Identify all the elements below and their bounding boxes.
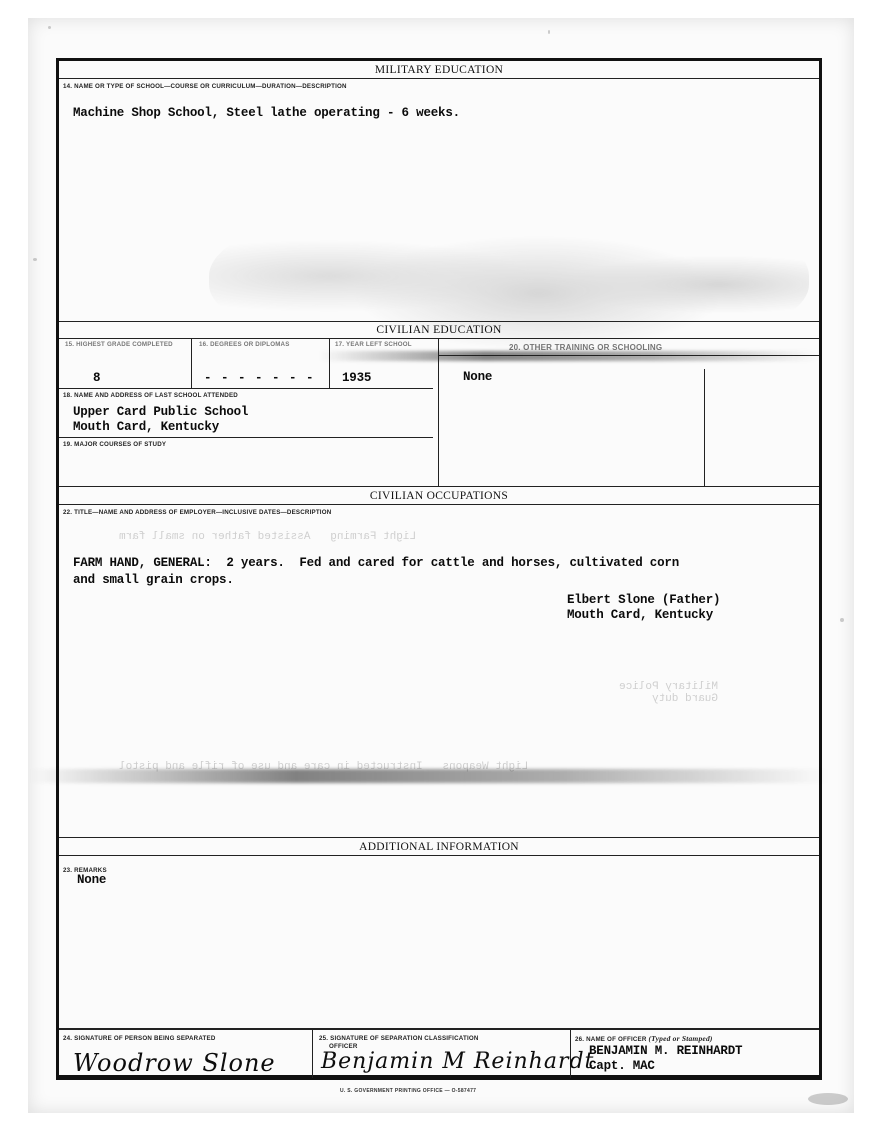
item24-label: 24. SIGNATURE OF PERSON BEING SEPARATED	[63, 1035, 216, 1042]
scan-speck	[33, 258, 37, 261]
scan-smudge	[29, 769, 829, 783]
bleed-through-text: Light Farming Assisted father on small f…	[119, 531, 416, 543]
item16-label: 16. DEGREES OR DIPLOMAS	[199, 341, 290, 348]
divider	[59, 321, 819, 322]
item22-value-line2: and small grain crops.	[73, 573, 234, 587]
scan-speck	[840, 618, 844, 622]
scan-speck	[548, 30, 550, 34]
divider	[59, 338, 819, 339]
section-title-civilian-occupations: CIVILIAN OCCUPATIONS	[59, 490, 819, 502]
item14-value: Machine Shop School, Steel lathe operati…	[73, 106, 460, 120]
signature-classification-officer: Benjamin M Reinhardt	[321, 1049, 594, 1074]
item22-value-line1: FARM HAND, GENERAL: 2 years. Fed and car…	[73, 556, 679, 570]
item23-value: None	[77, 873, 106, 887]
divider	[59, 78, 819, 79]
item26-label-suffix: (Typed or Stamped)	[648, 1034, 712, 1043]
column-divider	[704, 369, 705, 486]
item18-value-line2: Mouth Card, Kentucky	[73, 420, 219, 434]
employer-address: Mouth Card, Kentucky	[567, 608, 713, 622]
column-divider	[329, 338, 330, 388]
divider	[59, 504, 819, 505]
item17-value: 1935	[342, 371, 371, 385]
item17-label: 17. YEAR LEFT SCHOOL	[335, 341, 412, 348]
scan-speck	[48, 26, 51, 29]
section-title-additional-information: ADDITIONAL INFORMATION	[59, 841, 819, 853]
section-title-civilian-education: CIVILIAN EDUCATION	[59, 324, 819, 336]
divider	[59, 388, 433, 389]
item16-value: - - - - - - -	[204, 371, 315, 385]
item26-label-text: 26. NAME OF OFFICER	[575, 1036, 647, 1043]
divider	[59, 855, 819, 856]
divider	[59, 437, 433, 438]
item20-value: None	[463, 370, 492, 384]
divider	[59, 1028, 819, 1030]
signature-person-separated: Woodrow Slone	[73, 1049, 276, 1077]
officer-name: BENJAMIN M. REINHARDT	[589, 1044, 742, 1058]
printer-imprint: U. S. GOVERNMENT PRINTING OFFICE — O-587…	[340, 1088, 476, 1094]
item19-label: 19. MAJOR COURSES OF STUDY	[63, 441, 166, 448]
divider	[59, 837, 819, 838]
officer-rank: Capt. MAC	[589, 1059, 655, 1073]
divider	[59, 486, 819, 487]
item26-label: 26. NAME OF OFFICER (Typed or Stamped)	[575, 1034, 713, 1043]
item15-label: 15. HIGHEST GRADE COMPLETED	[65, 341, 173, 348]
form-frame: MILITARY EDUCATION 14. NAME OR TYPE OF S…	[56, 58, 822, 1080]
column-divider	[191, 338, 192, 388]
item18-value-line1: Upper Card Public School	[73, 405, 248, 419]
scan-smudge	[319, 351, 819, 361]
column-divider	[312, 1028, 313, 1078]
item15-value: 8	[93, 371, 100, 385]
item22-label: 22. TITLE—NAME AND ADDRESS OF EMPLOYER—I…	[63, 509, 331, 516]
item14-label: 14. NAME OR TYPE OF SCHOOL—COURSE OR CUR…	[63, 83, 347, 90]
scan-speck	[808, 1093, 848, 1105]
employer-name: Elbert Slone (Father)	[567, 593, 720, 607]
item18-label: 18. NAME AND ADDRESS OF LAST SCHOOL ATTE…	[63, 392, 238, 399]
section-title-military-education: MILITARY EDUCATION	[59, 64, 819, 76]
bleed-through-text: Military Police Guard duty	[619, 681, 718, 705]
item25-label-line1: 25. SIGNATURE OF SEPARATION CLASSIFICATI…	[319, 1035, 479, 1042]
